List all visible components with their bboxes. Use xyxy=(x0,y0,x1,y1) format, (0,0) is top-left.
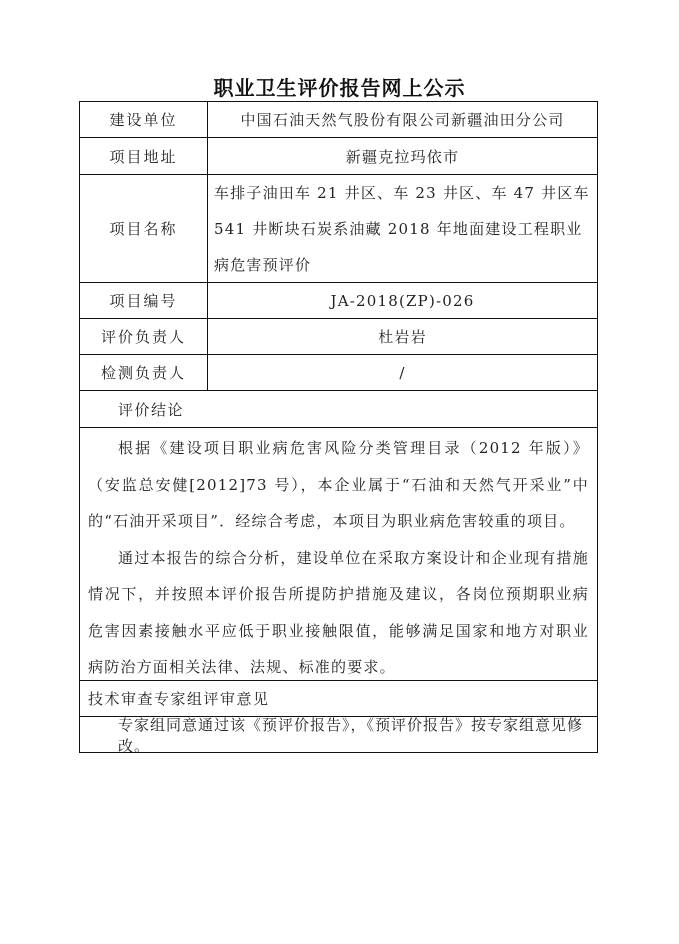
table-row-testing-lead: 检测负责人 / xyxy=(80,355,597,391)
table-row-project-name: 项目名称 车排子油田车 21 井区、车 23 井区、车 47 井区车 541 井… xyxy=(80,175,597,283)
table-row-construction-unit: 建设单位 中国石油天然气股份有限公司新疆油田分公司 xyxy=(80,102,597,138)
row-value: 中国石油天然气股份有限公司新疆油田分公司 xyxy=(208,102,597,137)
table-row-project-number: 项目编号 JA-2018(ZP)-026 xyxy=(80,283,597,319)
review-heading: 技术审查专家组评审意见 xyxy=(80,681,278,716)
row-label: 项目编号 xyxy=(80,283,208,318)
table-row-evaluation-lead: 评价负责人 杜岩岩 xyxy=(80,319,597,355)
row-label: 检测负责人 xyxy=(80,355,208,390)
row-value: 新疆克拉玛依市 xyxy=(208,138,597,174)
review-text: 专家组同意通过该《预评价报告》，《预评价报告》按专家组意见修改。 xyxy=(80,717,597,752)
row-value: 杜岩岩 xyxy=(208,319,597,354)
row-value: JA-2018(ZP)-026 xyxy=(208,283,597,318)
table-row-project-address: 项目地址 新疆克拉玛依市 xyxy=(80,138,597,175)
row-value: / xyxy=(208,355,597,390)
conclusion-paragraph: 根据《建设项目职业病危害风险分类管理目录（2012 年版）》（安监总安健[201… xyxy=(88,430,589,540)
review-heading-row: 技术审查专家组评审意见 xyxy=(80,681,597,717)
row-label: 建设单位 xyxy=(80,102,208,137)
conclusion-paragraph: 通过本报告的综合分析，建设单位在采取方案设计和企业现有措施情况下，并按照本评价报… xyxy=(88,540,589,686)
row-label: 评价负责人 xyxy=(80,319,208,354)
review-body-row: 专家组同意通过该《预评价报告》，《预评价报告》按专家组意见修改。 xyxy=(80,717,597,752)
conclusion-heading: 评价结论 xyxy=(80,391,192,427)
row-label: 项目名称 xyxy=(80,175,208,282)
disclosure-table: 建设单位 中国石油天然气股份有限公司新疆油田分公司 项目地址 新疆克拉玛依市 项… xyxy=(79,101,598,753)
conclusion-heading-row: 评价结论 xyxy=(80,391,597,428)
conclusion-body-row: 根据《建设项目职业病危害风险分类管理目录（2012 年版）》（安监总安健[201… xyxy=(80,428,597,681)
row-value: 车排子油田车 21 井区、车 23 井区、车 47 井区车 541 井断块石炭系… xyxy=(208,175,597,282)
row-label: 项目地址 xyxy=(80,138,208,174)
page-title: 职业卫生评价报告网上公示 xyxy=(0,72,679,101)
conclusion-body: 根据《建设项目职业病危害风险分类管理目录（2012 年版）》（安监总安健[201… xyxy=(80,428,597,680)
